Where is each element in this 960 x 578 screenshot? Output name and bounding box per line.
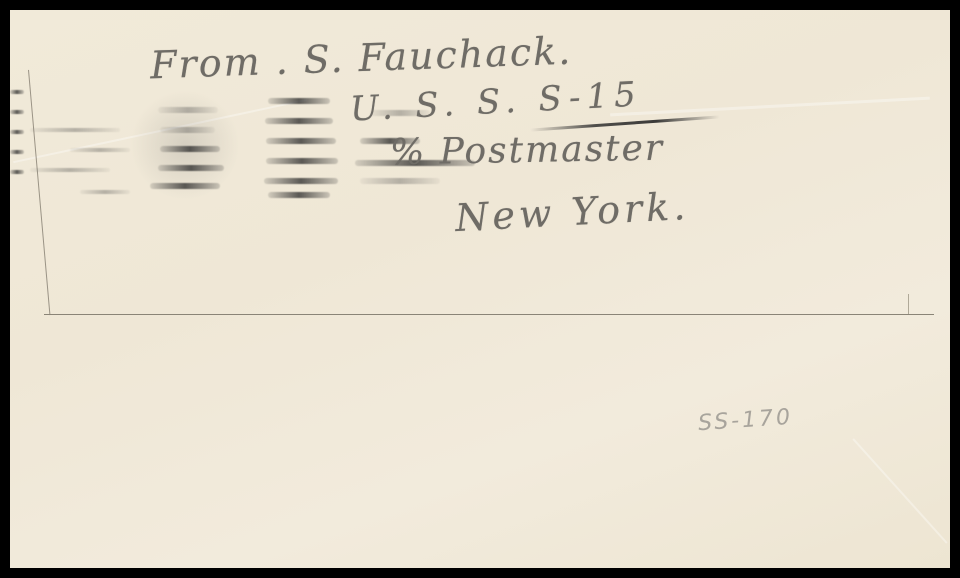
flap-edge-left [28, 70, 50, 315]
paper-crease [852, 438, 947, 543]
reference-number-note: SS-170 [697, 405, 794, 437]
paper-crease [610, 97, 930, 117]
flap-corner-fold [908, 294, 933, 314]
envelope-back: From . S. Fauchack. U. S. S. S-15 % Post… [10, 10, 950, 568]
return-address-line-4: New York. [454, 184, 690, 240]
flap-edge-bottom [44, 314, 934, 315]
return-address-line-3: % Postmaster [390, 128, 665, 174]
return-address-line-2: U. S. S. S-15 [349, 74, 643, 129]
return-address-line-1: From . S. Fauchack. [149, 29, 573, 88]
